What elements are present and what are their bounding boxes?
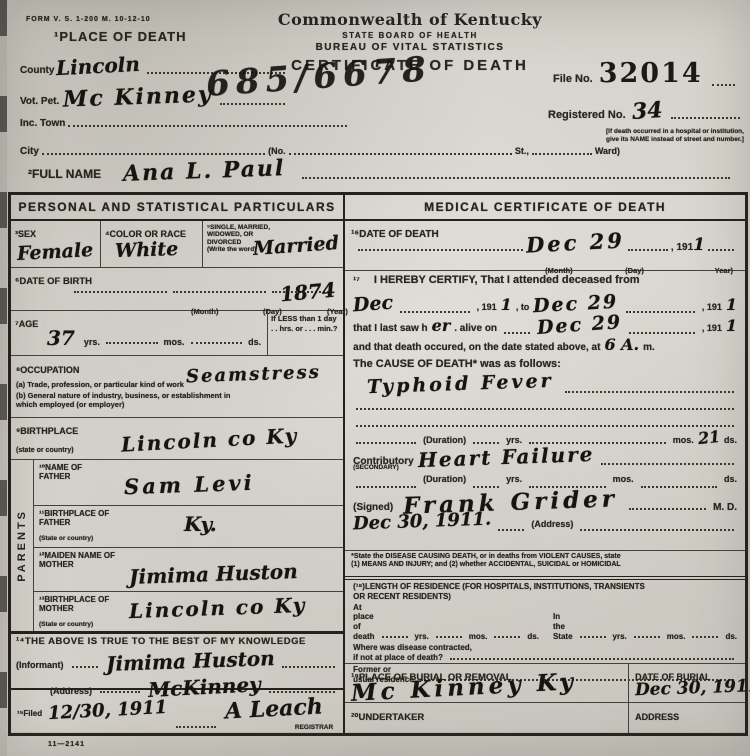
contracted-line-2: if not at place of death? [353, 653, 737, 662]
dotted-line [601, 461, 734, 465]
dotted-line [358, 247, 523, 251]
mos-label: mos. [469, 632, 488, 641]
contracted-label-2: if not at place of death? [353, 653, 443, 662]
parents-group: PARENTS ¹⁰NAME OF FATHER Sam Levi ¹¹BIRT… [11, 460, 343, 634]
certification-block: ¹⁷ I HEREBY CERTIFY, That I attended dec… [345, 271, 745, 551]
yrs-label: yrs. [506, 474, 522, 484]
personal-section-heading: PERSONAL AND STATISTICAL PARTICULARS [11, 195, 343, 221]
dotted-line [498, 527, 524, 531]
footnote-line-2: (1) MEANS AND INJURY; and (2) whether AC… [351, 561, 739, 569]
age-line: 37 yrs. mos. ds. [19, 328, 261, 347]
attestation-row: ¹⁴THE ABOVE IS TRUE TO THE BEST OF MY KN… [11, 634, 343, 690]
dotted-line [282, 664, 335, 668]
dob-label: ⁶DATE OF BIRTH [15, 276, 92, 287]
inc-town-label: Inc. Town [20, 118, 65, 130]
occupation-line-a: (a) Trade, profession, or particular kin… [16, 381, 186, 390]
place-of-burial-cell: ¹⁹PLACE OF BURIAL OR REMOVAL Mc Kinney K… [345, 664, 629, 702]
dotted-line [628, 247, 668, 251]
dotted-line [356, 484, 416, 488]
year-digit: 1 [726, 297, 737, 313]
registrar-label: REGISTRAR [295, 724, 333, 731]
date-of-death-line: Dec 29 , 191 1 [355, 232, 737, 254]
sex-value: Female [17, 241, 94, 264]
cause-of-death-value: Typhoid Fever [367, 371, 554, 397]
dotted-line [436, 634, 462, 638]
certificate-body: PERSONAL AND STATISTICAL PARTICULARS ³SE… [8, 192, 748, 736]
registered-no-label: Registered No. [548, 109, 626, 122]
dotted-line [382, 634, 408, 638]
age-row: ⁷AGE 37 yrs. mos. ds. If LESS than 1 day… [11, 311, 343, 356]
full-name-row: ²FULL NAME Ana L. Paul [28, 160, 733, 182]
ward-label: Ward) [595, 146, 620, 156]
medical-section-heading: MEDICAL CERTIFICATE OF DEATH [345, 195, 745, 221]
full-name-value: Ana L. Paul [123, 157, 286, 185]
year-stub: , 191 [702, 302, 722, 312]
dotted-line [68, 123, 347, 127]
attestation-heading: ¹⁴THE ABOVE IS TRUE TO THE BEST OF MY KN… [16, 637, 338, 648]
registrar-signature: A Leach [225, 695, 324, 722]
registered-no-value: 34 [631, 99, 663, 123]
dob-year-value: 1874 [279, 280, 336, 305]
to-label: , to [516, 302, 530, 312]
md-label: M. D. [713, 502, 737, 514]
age-value: 37 [47, 328, 75, 348]
mother-maiden-name-row: ¹²MAIDEN NAME OF MOTHER Jimima Huston [34, 548, 343, 592]
contracted-label-1: Where was disease contracted, [353, 643, 737, 652]
place-of-death-heading: ¹PLACE OF DEATH [54, 30, 186, 45]
binding-strip [0, 0, 7, 756]
mother-maiden-name-label: ¹²MAIDEN NAME OF MOTHER [39, 551, 119, 569]
informant-label: (Informant) [16, 660, 64, 670]
dotted-line [473, 484, 499, 488]
mos-label: mos. [164, 337, 185, 347]
ds-label: ds. [725, 632, 737, 641]
dotted-line [42, 151, 265, 155]
undertaker-address-label: ADDRESS [635, 712, 679, 722]
dotted-line [176, 724, 216, 728]
signed-date-line: Dec 30, 1911. (Address) [353, 513, 737, 534]
duration-label: (Duration) [423, 474, 466, 484]
dotted-line [532, 151, 592, 155]
yrs-label: yrs. [613, 632, 627, 641]
father-name-row: ¹⁰NAME OF FATHER Sam Levi [34, 460, 343, 506]
father-name-value: Sam Levi [124, 471, 255, 497]
race-value: White [115, 240, 179, 261]
filed-label: ¹⁵Filed [17, 709, 42, 718]
mos-label: mos. [613, 474, 634, 484]
sex-label: ³SEX [15, 229, 36, 239]
attended-from-value: Dec [353, 293, 394, 315]
death-certificate-scan: FORM V. S. 1-200 M. 10-12-10 ¹PLACE OF D… [0, 0, 750, 756]
medical-column: MEDICAL CERTIFICATE OF DEATH ¹⁶DATE OF D… [345, 195, 745, 733]
certify-intro-line: ¹⁷ I HEREBY CERTIFY, That I attended dec… [353, 274, 737, 295]
violent-causes-footnote: *State the DISEASE CAUSING DEATH, or in … [345, 551, 745, 581]
occurred-pre: and that death occured, on the date stat… [353, 342, 600, 354]
at-place-label: At place of death [353, 603, 374, 641]
mother-birthplace-row: ¹³BIRTHPLACE OF MOTHER (State or country… [34, 592, 343, 631]
father-birthplace-hint: (State or country) [39, 535, 93, 542]
occupation-row: ⁸OCCUPATION (a) Trade, profession, or pa… [11, 356, 343, 417]
dotted-line [629, 330, 695, 334]
contributory-line: Contributory Heart Failure [353, 447, 737, 468]
year-digit: 1 [501, 297, 512, 313]
last-saw-hand: er [432, 318, 451, 334]
state-board-line: STATE BOARD OF HEALTH [260, 31, 560, 40]
commonwealth-title: Commonwealth of Kentucky [260, 10, 560, 29]
print-code: 11—2141 [48, 741, 85, 749]
dotted-line [494, 634, 520, 638]
year-stub: , 191 [671, 242, 693, 254]
last-saw-value: Dec 29 [536, 313, 622, 338]
dotted-line [692, 634, 718, 638]
cause-value-line: Typhoid Fever [353, 375, 737, 396]
contributory-value: Heart Failure [417, 443, 594, 469]
file-no-value: 32014 [599, 58, 703, 89]
race-cell: ⁴COLOR OR RACE White [101, 221, 203, 267]
father-name-label: ¹⁰NAME OF FATHER [39, 463, 109, 481]
occupation-value: Seamstress [186, 364, 321, 387]
father-birthplace-row: ¹¹BIRTHPLACE OF FATHER (State or country… [34, 506, 343, 548]
year-stub: , 191 [702, 323, 722, 333]
date-of-burial-cell: DATE OF BURIAL Dec 30, 1911. [629, 664, 745, 702]
header-section: FORM V. S. 1-200 M. 10-12-10 ¹PLACE OF D… [8, 0, 742, 192]
length-of-residence-block: (¹⁸)LENGTH OF RESIDENCE (FOR HOSPITALS, … [345, 580, 745, 664]
dotted-line [356, 440, 416, 444]
informant-line: (Informant) Jimima Huston [16, 651, 338, 670]
parents-band: PARENTS [11, 460, 34, 631]
dotted-line [400, 309, 469, 313]
occupation-label: ⁸OCCUPATION [16, 365, 79, 375]
signed-address-label: (Address) [531, 519, 573, 529]
marital-cell: ⁵SINGLE, MARRIED, WIDOWED, OR DIVORCED (… [203, 221, 343, 267]
residence-heading-2: OR RECENT RESIDENTS) [353, 592, 737, 601]
street-label: St., [515, 146, 529, 156]
dotted-line [289, 151, 512, 155]
filed-date-value: 12/30, 1911 [48, 698, 168, 722]
mother-birthplace-label: ¹³BIRTHPLACE OF MOTHER [39, 595, 119, 613]
yrs-label: yrs. [84, 337, 100, 347]
undertaker-address-cell: ADDRESS [629, 703, 745, 733]
undertaker-label: ²⁰UNDERTAKER [351, 712, 424, 723]
dotted-line [626, 309, 695, 313]
precinct-label: Vot. Pet. [20, 96, 59, 108]
dotted-line [565, 389, 734, 393]
mother-birthplace-hint: (State or country) [39, 621, 93, 628]
date-of-burial-value: Dec 30, 1911. [635, 678, 750, 700]
dotted-line [191, 340, 243, 344]
dotted-line [173, 289, 266, 293]
precinct-value: Mc Kinney [63, 83, 213, 110]
ds-label: ds. [527, 632, 539, 641]
birthplace-label: ⁹BIRTHPLACE [16, 426, 78, 436]
last-saw-post: . alive on [454, 323, 497, 335]
dotted-line [72, 664, 98, 668]
occupation-line-b: (b) General nature of industry, business… [16, 392, 236, 409]
dotted-line [580, 634, 606, 638]
city-label: City [20, 146, 39, 158]
dotted-line [634, 634, 660, 638]
date-of-death-value: Dec 29 [526, 229, 626, 255]
dotted-line [580, 527, 734, 531]
sex-race-marital-row: ³SEX Female ⁴COLOR OR RACE White ⁵SINGLE… [11, 221, 343, 268]
occurred-time: 6 A. [604, 337, 639, 353]
attended-from-line: Dec , 191 1 , to Dec 29 , 191 1 [353, 295, 737, 316]
burial-row: ¹⁹PLACE OF BURIAL OR REMOVAL Mc Kinney K… [345, 664, 745, 703]
dotted-line [473, 440, 499, 444]
city-row: City (No. St., Ward) [20, 146, 620, 158]
father-birthplace-value: Ky. [184, 514, 217, 534]
inc-town-row: Inc. Town [20, 118, 350, 130]
marital-value: Married [253, 234, 340, 259]
residence-duration-line: At place of death yrs. mos. ds. In the S… [353, 603, 737, 641]
dotted-line [671, 115, 740, 119]
death-occurred-line: and that death occured, on the date stat… [353, 337, 737, 358]
filed-row: ¹⁵Filed 12/30, 1911 A Leach REGISTRAR [11, 690, 343, 733]
year-digit: 1 [693, 237, 705, 254]
file-no-label: File No. [553, 73, 593, 86]
last-saw-line: that I last saw h er . alive on Dec 29 ,… [353, 316, 737, 337]
mos-label: mos. [673, 435, 694, 445]
registered-no-row: Registered No. 34 [548, 100, 743, 122]
signed-line: (Signed) Frank Grider M. D. [353, 491, 737, 514]
ds-label: ds. [248, 337, 261, 347]
parents-label: PARENTS [16, 509, 28, 582]
scan-artifact-line [8, 733, 744, 735]
dotted-line [356, 406, 734, 410]
dotted-line [712, 82, 735, 86]
dotted-line [641, 484, 717, 488]
sex-cell: ³SEX Female [11, 221, 101, 267]
yrs-label: yrs. [506, 435, 522, 445]
birthplace-value: Lincoln co Ky [121, 425, 299, 454]
dotted-line [629, 506, 706, 510]
last-saw-pre: that I last saw h [353, 323, 427, 335]
residence-heading-1: (¹⁸)LENGTH OF RESIDENCE (FOR HOSPITALS, … [353, 582, 737, 591]
duration-label: (Duration) [423, 435, 466, 445]
informant-value: Jimima Huston [105, 649, 274, 675]
mother-maiden-name-value: Jimima Huston [129, 561, 298, 587]
cause-of-death-label: The CAUSE OF DEATH* was as follows: [353, 358, 561, 371]
date-of-death-row: ¹⁶DATE OF DEATH Dec 29 , 191 1 (Month) (… [345, 221, 745, 271]
county-label: County [20, 65, 54, 77]
hospital-note: [If death occurred in a hospital or inst… [606, 128, 746, 144]
form-code: FORM V. S. 1-200 M. 10-12-10 [26, 16, 151, 24]
dotted-line [74, 289, 167, 293]
birthplace-row: ⁹BIRTHPLACE (state or country) Lincoln c… [11, 418, 343, 460]
year-digit: 1 [726, 318, 737, 334]
personal-column: PERSONAL AND STATISTICAL PARTICULARS ³SE… [11, 195, 345, 733]
file-no-row: File No. 32014 [553, 58, 738, 89]
dotted-line [450, 656, 734, 660]
dotted-line [708, 247, 734, 251]
in-state-label: In the State [553, 612, 573, 641]
contributory-hint: (SECONDARY) [353, 464, 399, 471]
mos-label: mos. [667, 632, 686, 641]
occurred-post: m. [643, 342, 655, 354]
parents-rows: ¹⁰NAME OF FATHER Sam Levi ¹¹BIRTHPLACE O… [34, 460, 343, 631]
blank-dotted-line [353, 396, 737, 413]
age-cell: ⁷AGE 37 yrs. mos. ds. [11, 311, 267, 355]
dotted-line [356, 423, 734, 427]
ds-label: ds. [724, 435, 737, 445]
undertaker-row: ²⁰UNDERTAKER ADDRESS [345, 703, 745, 733]
undertaker-cell: ²⁰UNDERTAKER [345, 703, 629, 733]
footnote-line-1: *State the DISEASE CAUSING DEATH, or in … [351, 553, 739, 561]
year-stub: , 191 [477, 302, 497, 312]
state-country-hint: (state or country) [16, 447, 74, 454]
date-of-birth-row: ⁶DATE OF BIRTH (Month) (Day) (Year) 1874 [11, 268, 343, 311]
mother-birthplace-value: Lincoln co Ky [129, 594, 307, 620]
cause-duration-days: 21 [697, 428, 721, 446]
ds-label: ds. [724, 474, 737, 484]
father-birthplace-label: ¹¹BIRTHPLACE OF FATHER [39, 509, 119, 527]
full-name-label: ²FULL NAME [28, 168, 101, 182]
certify-intro: I HEREBY CERTIFY, That I attended deceas… [374, 274, 640, 287]
county-value: Lincoln [56, 54, 141, 78]
certify-number: ¹⁷ [353, 275, 360, 285]
dotted-line [302, 175, 730, 179]
dotted-line [504, 330, 530, 334]
blank-dotted-line [353, 413, 737, 430]
less-than-one-day-note: If LESS than 1 day . . hrs. or . . . min… [267, 311, 343, 355]
dotted-line [106, 340, 158, 344]
signed-date-value: Dec 30, 1911. [353, 511, 492, 534]
yrs-label: yrs. [415, 632, 429, 641]
